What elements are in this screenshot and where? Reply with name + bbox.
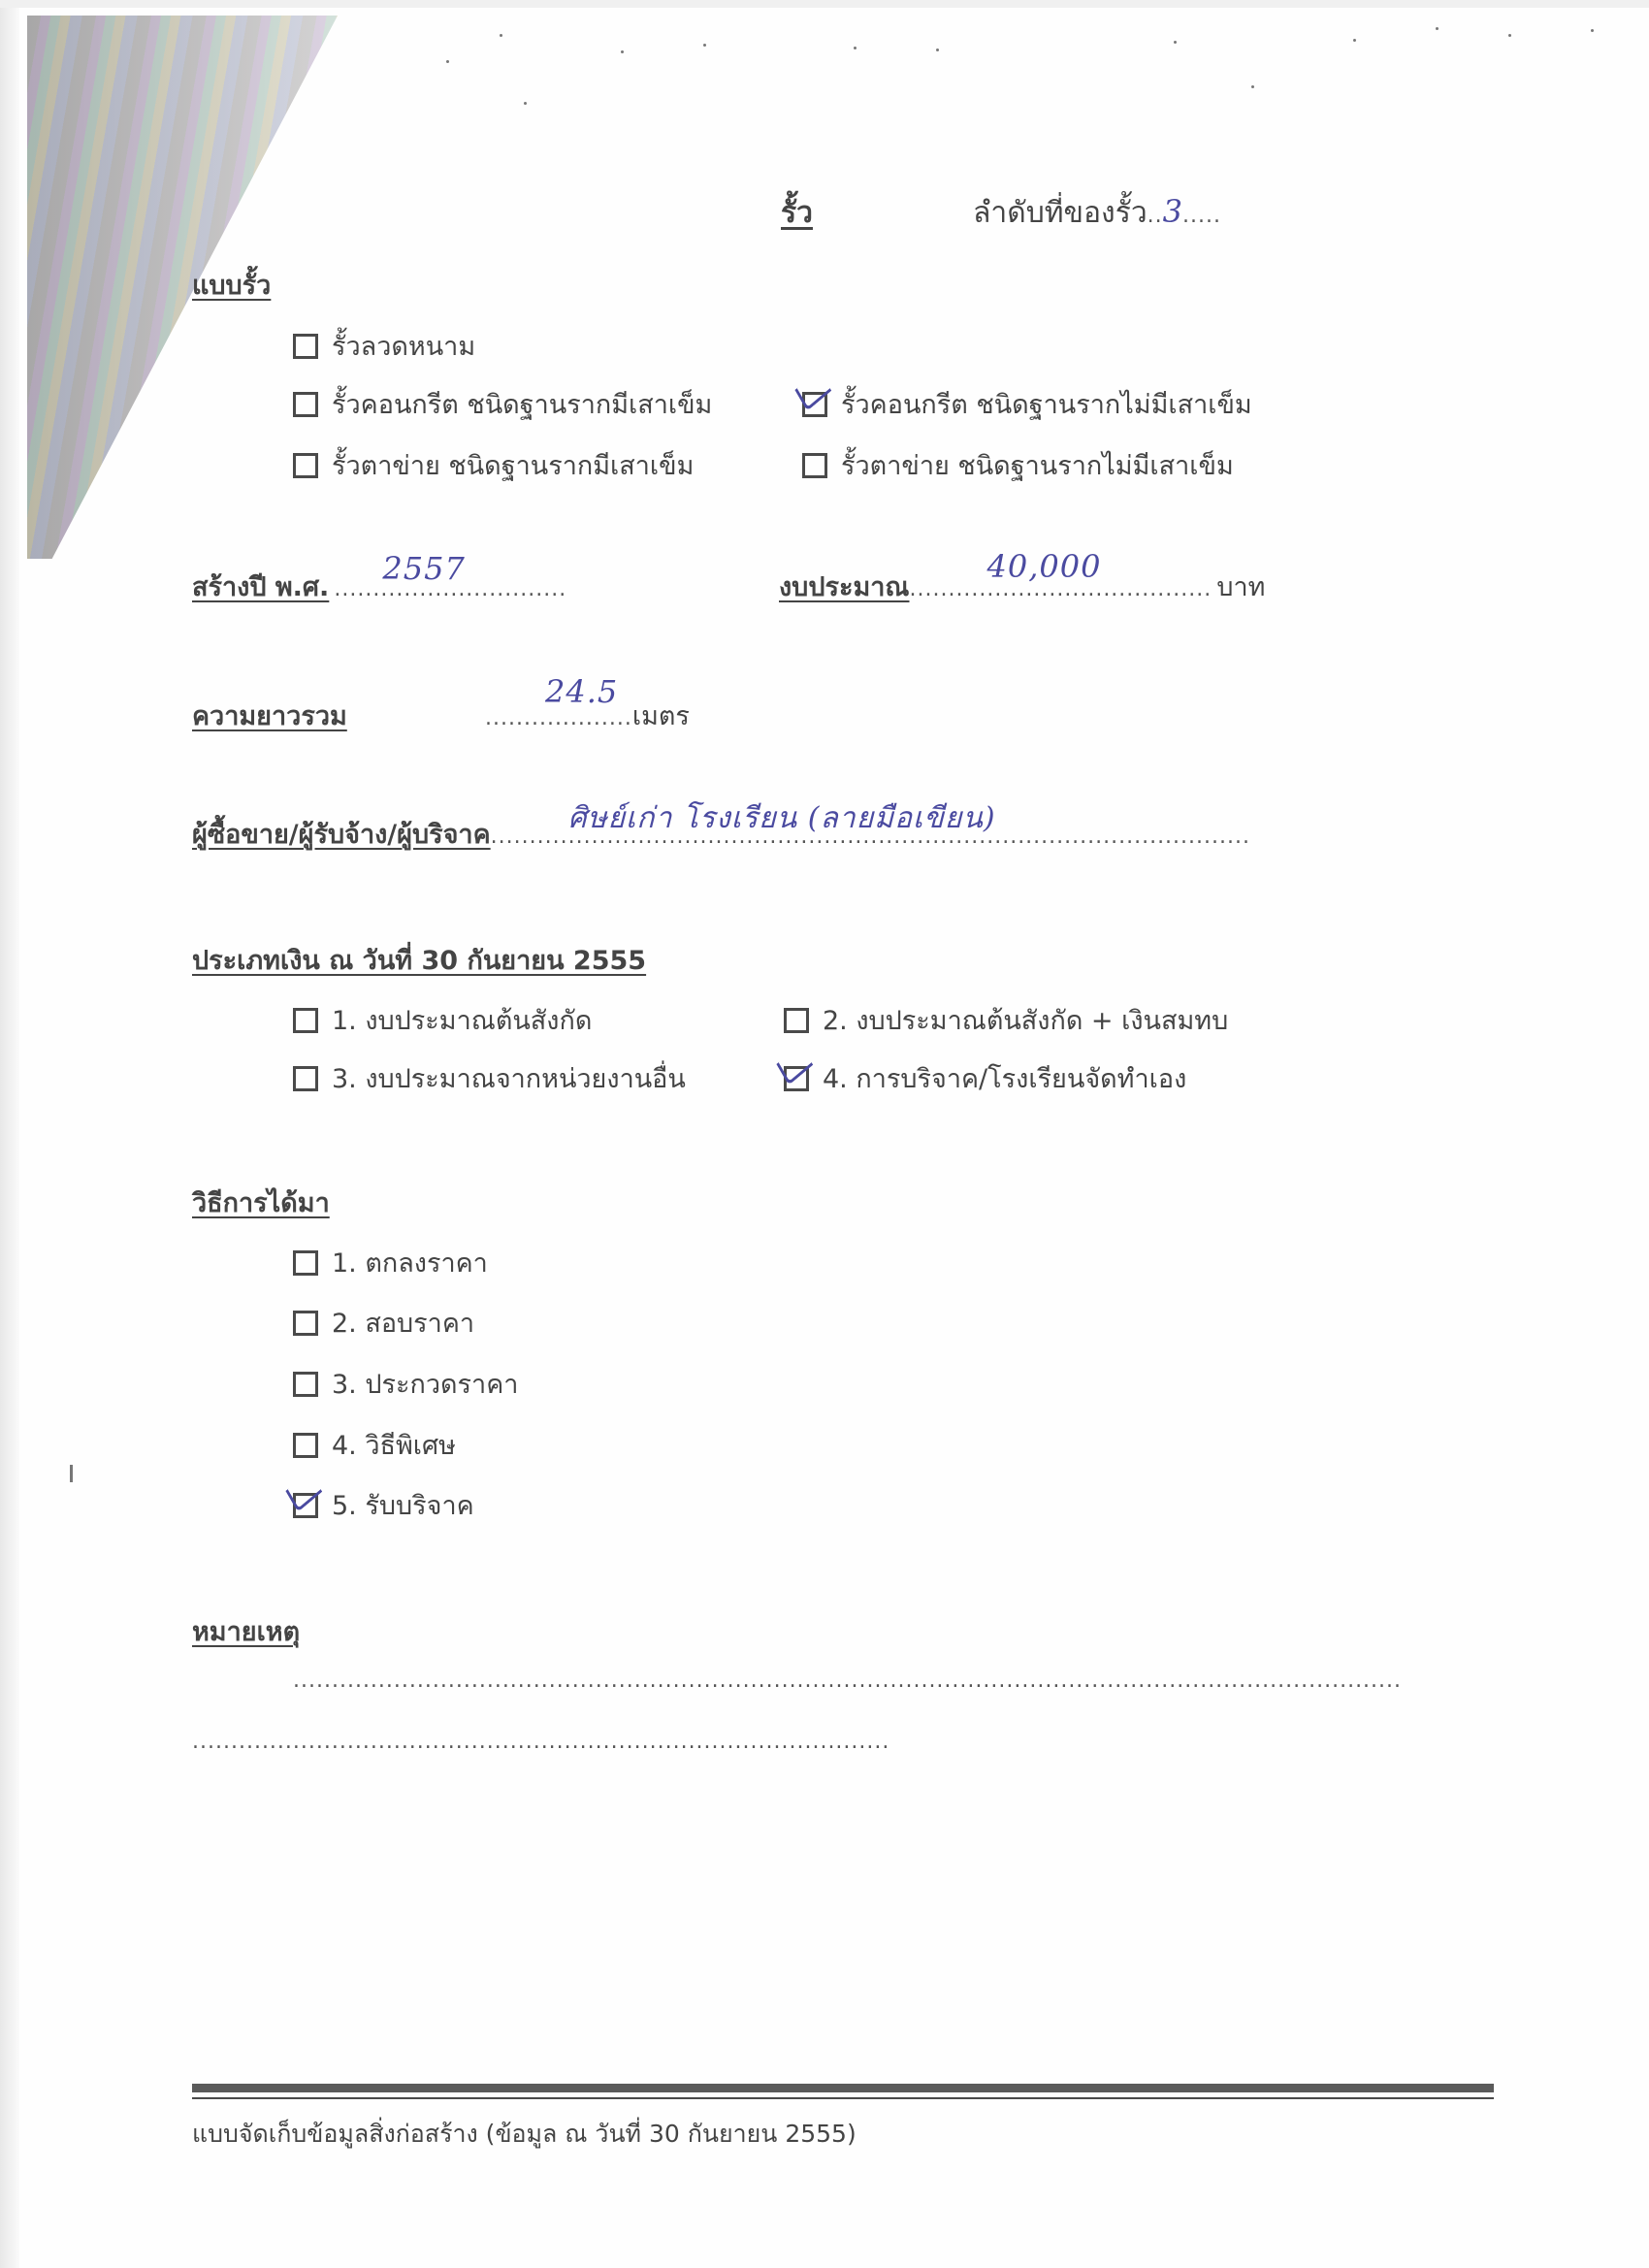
- acquisition-option-3[interactable]: 3. ประกวดราคา: [293, 1363, 518, 1405]
- remarks-line-2[interactable]: ........................................…: [192, 1730, 889, 1754]
- fund-type-option-3[interactable]: 3. งบประมาณจากหน่วยงานอื่น: [293, 1057, 686, 1099]
- folded-corner-shade: [27, 16, 338, 559]
- vendor-value[interactable]: ศิษย์เก่า โรงเรียน (ลายมือเขียน): [568, 795, 996, 841]
- budget-field: งบประมาณ................................…: [779, 566, 1265, 607]
- remarks-heading: หมายเหตุ: [192, 1610, 300, 1652]
- vendor-label: ผู้ซื้อขาย/ผู้รับจ้าง/ผู้บริจาค: [192, 820, 491, 850]
- total-length-field: ...................24.5เมตร: [485, 695, 690, 736]
- checkbox[interactable]: [293, 1372, 318, 1397]
- checkbox-checked[interactable]: [293, 1493, 318, 1518]
- fund-type-heading: ประเภทเงิน ณ วันที่ 30 กันยายน 2555: [192, 939, 646, 981]
- acquisition-option-5[interactable]: 5. รับบริจาค: [293, 1484, 474, 1526]
- scan-edge-left: [0, 0, 19, 2268]
- total-length-unit: เมตร: [632, 701, 690, 731]
- acquisition-option-1[interactable]: 1. ตกลงราคา: [293, 1242, 488, 1283]
- acquisition-option-2[interactable]: 2. สอบราคา: [293, 1302, 474, 1344]
- vendor-field: ผู้ซื้อขาย/ผู้รับจ้าง/ผู้บริจาค.........…: [192, 813, 1250, 855]
- build-year-field: สร้างปี พ.ศ. ...........................…: [192, 566, 566, 607]
- fund-type-option-4[interactable]: 4. การบริจาค/โรงเรียนจัดทำเอง: [784, 1057, 1186, 1099]
- remarks-line-1[interactable]: ........................................…: [293, 1669, 1402, 1693]
- checkbox-checked[interactable]: [784, 1066, 809, 1091]
- checkbox[interactable]: [293, 334, 318, 359]
- checkbox[interactable]: [293, 1066, 318, 1091]
- fence-order-label: ลำดับที่ของรั้ว: [973, 196, 1148, 230]
- fence-type-heading: แบบรั้ว: [192, 264, 271, 306]
- total-length-label: ความยาวรวม: [192, 695, 347, 736]
- checkbox[interactable]: [293, 1008, 318, 1033]
- acquisition-heading: วิธีการได้มา: [192, 1182, 330, 1223]
- fence-type-option-mesh-no-piles[interactable]: รั้วตาข่าย ชนิดฐานรากไม่มีเสาเข็ม: [802, 444, 1234, 486]
- budget-label: งบประมาณ: [779, 572, 909, 602]
- footer-rule-thin: [192, 2097, 1494, 2099]
- fence-type-option-mesh-piles[interactable]: รั้วตาข่าย ชนิดฐานรากมีเสาเข็ม: [293, 444, 694, 486]
- fence-order-field: ลำดับที่ของรั้ว..3.....: [973, 190, 1221, 236]
- checkbox[interactable]: [784, 1008, 809, 1033]
- checkbox[interactable]: [802, 453, 827, 478]
- total-length-value[interactable]: 24.5: [545, 673, 618, 710]
- footer-text: แบบจัดเก็บข้อมูลสิ่งก่อสร้าง (ข้อมูล ณ ว…: [192, 2115, 857, 2154]
- budget-value[interactable]: 40,000: [986, 548, 1101, 585]
- fence-type-option-barbed-wire[interactable]: รั้วลวดหนาม: [293, 325, 475, 367]
- fund-type-option-1[interactable]: 1. งบประมาณต้นสังกัด: [293, 999, 592, 1041]
- fund-type-option-2[interactable]: 2. งบประมาณต้นสังกัด + เงินสมทบ: [784, 999, 1228, 1041]
- acquisition-option-4[interactable]: 4. วิธีพิเศษ: [293, 1424, 456, 1466]
- checkbox[interactable]: [293, 453, 318, 478]
- page-title: รั้ว: [781, 190, 813, 236]
- fence-type-option-concrete-no-piles[interactable]: รั้วคอนกรีต ชนิดฐานรากไม่มีเสาเข็ม: [802, 383, 1252, 425]
- footer-rule-thick: [192, 2084, 1494, 2092]
- fence-order-value[interactable]: 3: [1163, 193, 1182, 230]
- build-year-label: สร้างปี พ.ศ.: [192, 572, 329, 602]
- build-year-value[interactable]: 2557: [382, 550, 465, 587]
- checkbox[interactable]: [293, 1433, 318, 1458]
- budget-unit: บาท: [1216, 572, 1265, 602]
- checkbox[interactable]: [293, 1250, 318, 1276]
- checkbox-checked[interactable]: [802, 392, 827, 417]
- scan-edge-top: [0, 0, 1649, 8]
- checkbox[interactable]: [293, 1311, 318, 1336]
- fence-type-option-concrete-piles[interactable]: รั้วคอนกรีต ชนิดฐานรากมีเสาเข็ม: [293, 383, 712, 425]
- checkbox[interactable]: [293, 392, 318, 417]
